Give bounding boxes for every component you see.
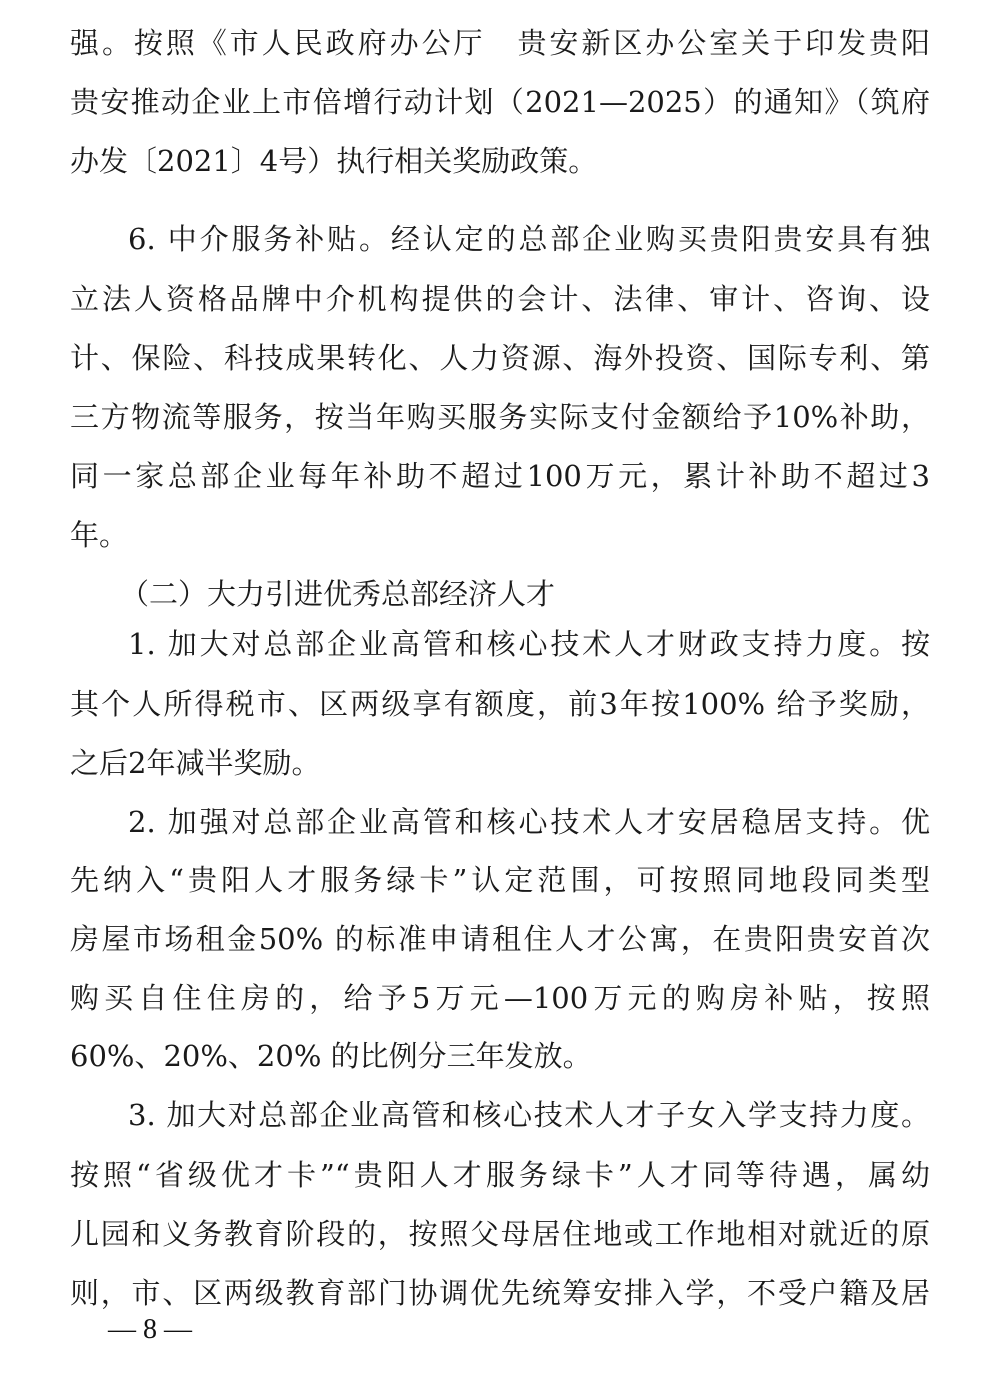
text-line: 贵安推动企业上市倍增行动计划（2021—2025）的通知》（筑府 — [70, 82, 930, 122]
text-line: 同一家总部企业每年补助不超过100万元，累计补助不超过3 — [70, 456, 930, 496]
text-line: 年。 — [70, 515, 930, 555]
text-line: 房屋市场租金50% 的标准申请租住人才公寓，在贵阳贵安首次 — [70, 919, 930, 959]
text-line: 办发〔2021〕4号）执行相关奖励政策。 — [70, 141, 930, 181]
text-line: 其个人所得税市、区两级享有额度，前3年按100% 给予奖励， — [70, 684, 930, 724]
text-line: 强。按照《市人民政府办公厅 贵安新区办公室关于印发贵阳 — [70, 23, 930, 63]
item-2-title-line: 2. 加强对总部企业高管和核心技术人才安居稳居支持。优 — [128, 802, 930, 842]
text-line: 儿园和义务教育阶段的，按照父母居住地或工作地相对就近的原 — [70, 1214, 930, 1254]
text-line: 计、保险、科技成果转化、人力资源、海外投资、国际专利、第 — [70, 338, 930, 378]
item-1-title-line: 1. 加大对总部企业高管和核心技术人才财政支持力度。按 — [128, 624, 930, 664]
text-line: 60%、20%、20% 的比例分三年发放。 — [70, 1036, 930, 1076]
item-3-title-line: 3. 加大对总部企业高管和核心技术人才子女入学支持力度。 — [128, 1095, 930, 1135]
item-6-title-line: 6. 中介服务补贴。经认定的总部企业购买贵阳贵安具有独 — [128, 219, 930, 259]
text-line: 先纳入“贵阳人才服务绿卡”认定范围，可按照同地段同类型 — [70, 860, 930, 900]
document-page: 强。按照《市人民政府办公厅 贵安新区办公室关于印发贵阳 贵安推动企业上市倍增行动… — [0, 0, 1000, 1383]
section-heading: （二）大力引进优秀总部经济人才 — [120, 574, 520, 614]
text-line: 则，市、区两级教育部门协调优先统筹安排入学，不受户籍及居 — [70, 1273, 930, 1313]
text-line: 购买自住住房的，给予5万元—100万元的购房补贴，按照 — [70, 978, 930, 1018]
text-line: 之后2年减半奖励。 — [70, 743, 930, 783]
text-line: 立法人资格品牌中介机构提供的会计、法律、审计、咨询、设 — [70, 279, 930, 319]
text-line: 三方物流等服务，按当年购买服务实际支付金额给予10%补助， — [70, 397, 930, 437]
page-number: — 8 — — [108, 1310, 192, 1350]
text-line: 按照“省级优才卡”“贵阳人才服务绿卡”人才同等待遇，属幼 — [70, 1155, 930, 1195]
